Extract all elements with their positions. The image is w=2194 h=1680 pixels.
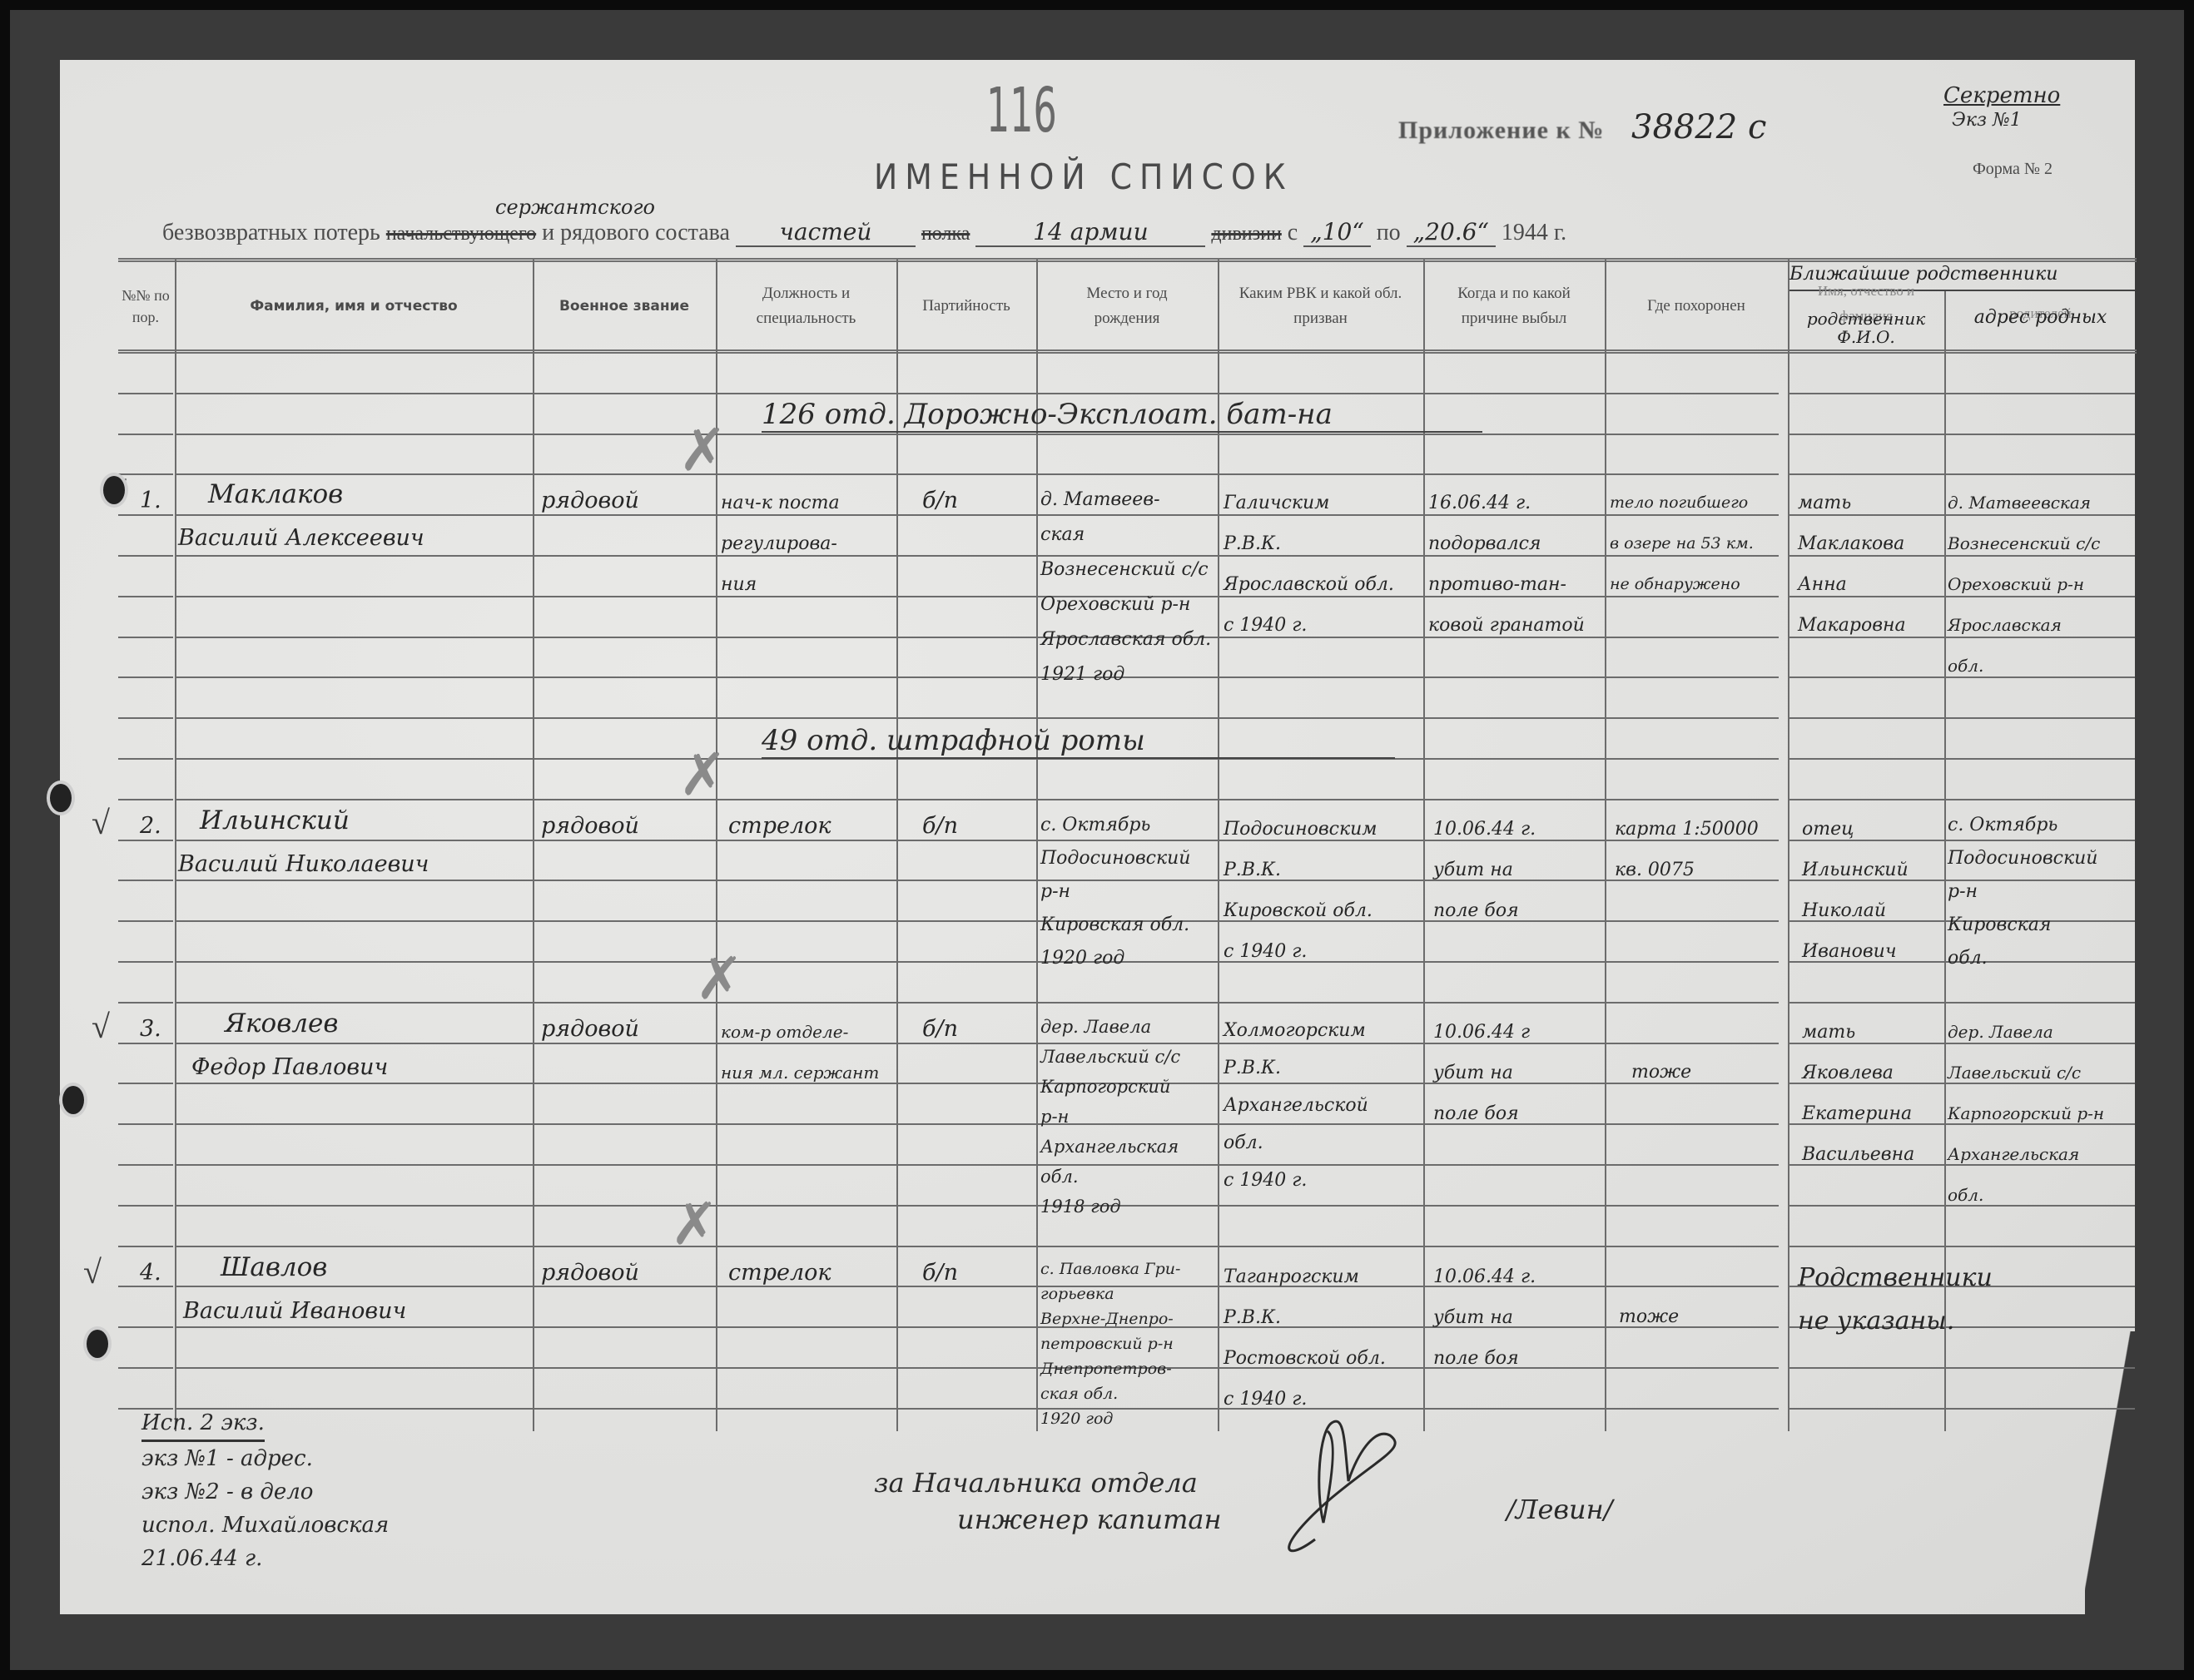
ruled-line — [176, 920, 1779, 922]
ruled-line — [1789, 393, 2135, 394]
column-rule — [1788, 260, 1789, 1431]
ruled-line — [118, 880, 173, 881]
ruled-line — [118, 1367, 173, 1369]
row-3-position: ком-р отделе- ния мл. сержант — [721, 1012, 879, 1093]
row-4-position: стрелок — [728, 1252, 831, 1293]
copies-count: Исп. 2 экз. — [141, 1406, 265, 1442]
year: 1944 — [1502, 220, 1548, 246]
ruled-line — [1789, 799, 2135, 800]
row-4-rvk: Таганрогским Р.В.К. Ростовской обл. с 19… — [1224, 1256, 1386, 1420]
row-1-relative: мать Маклакова Анна Макаровна — [1798, 483, 1906, 646]
from-date: „10“ — [1303, 218, 1370, 247]
ruled-line — [176, 1326, 1779, 1328]
ruled-line — [176, 1246, 1779, 1247]
form-number: Форма № 2 — [1973, 160, 2053, 179]
header-number: №№ по пор. — [118, 265, 173, 348]
copy-2-note: экз №2 - в дело — [141, 1475, 389, 1509]
column-rule — [1218, 260, 1219, 1431]
ruled-line — [118, 961, 173, 963]
row-1-position: нач-к поста регулирова- ния — [721, 483, 840, 605]
row-2-relative: отец Ильинский Николай Иванович — [1802, 809, 1909, 972]
header-position: Должность и специальность — [717, 265, 895, 348]
row-1-when-why: 16.06.44 г. подорвался противо-тан- ково… — [1428, 483, 1585, 646]
row-4-birth: с. Павловка Гри- горьевка Верхне-Днепро-… — [1040, 1256, 1180, 1431]
row-4-number: 4. — [140, 1252, 161, 1293]
to-label: по — [1377, 220, 1401, 246]
executor-date: 21.06.44 г. — [141, 1542, 389, 1575]
ruled-line — [176, 393, 1779, 394]
struck-word: начальствующего — [386, 223, 536, 245]
row-4-rank: рядовой — [541, 1252, 639, 1293]
subtitle-middle: и рядового состава — [542, 220, 730, 246]
struck-polka: полка — [921, 223, 970, 245]
row-1-birth: д. Матвеев- ская Вознесенский с/с Орехов… — [1040, 483, 1211, 692]
ruled-line — [1789, 434, 2135, 435]
row-3-given-names: Федор Павлович — [191, 1047, 388, 1088]
row-3-relative: мать Яковлева Екатерина Васильевна — [1802, 1012, 1914, 1175]
ruled-line — [118, 676, 173, 678]
row-3-rank: рядовой — [541, 1008, 639, 1049]
column-rule — [1036, 260, 1038, 1431]
column-rule — [533, 260, 534, 1431]
folded-corner — [2085, 1331, 2135, 1614]
ruled-line — [118, 1164, 173, 1166]
subtitle-line: безвозвратных потерь начальствующего и р… — [162, 218, 1566, 247]
column-rule — [175, 260, 176, 1431]
section-title-126: 126 отд. Дорожно-Эксплоат. бат-на — [762, 398, 1482, 433]
army-fill: 14 армии — [975, 218, 1205, 247]
signer-name: /Левин/ — [1507, 1494, 1613, 1525]
row-2-party: б/п — [922, 805, 958, 846]
check-mark-icon: √ — [92, 1007, 110, 1046]
header-relative-address: адрес родных — [1946, 291, 2135, 344]
ruled-line — [118, 637, 173, 638]
to-date: „20.6“ — [1407, 218, 1496, 247]
ruled-line — [176, 961, 1779, 963]
ruled-line — [118, 1002, 173, 1004]
row-2-buried: карта 1:50000 кв. 0075 — [1615, 809, 1759, 890]
ruled-line — [118, 799, 173, 800]
row-2-surname: Ильинский — [200, 800, 350, 841]
archive-pencil-number: 116 — [986, 75, 1057, 146]
ruled-line — [118, 717, 173, 719]
units-fill: частей — [736, 218, 916, 247]
row-3-birth: дер. Лавела Лавельский с/с Карпогорский … — [1040, 1012, 1180, 1222]
ruled-line — [118, 1326, 173, 1328]
ruled-line — [176, 1367, 1779, 1369]
column-rule — [1423, 260, 1425, 1431]
inserted-word: сержантского — [495, 196, 655, 219]
from-label: с — [1288, 220, 1298, 246]
ruled-line — [118, 434, 173, 435]
ruled-line — [176, 434, 1779, 435]
check-mark-icon: √ — [92, 803, 110, 842]
row-4-surname: Шавлов — [221, 1247, 327, 1288]
header-relative-name: родственник Ф.И.О. — [1789, 308, 1943, 348]
ruled-line — [176, 1408, 1779, 1410]
ruled-line — [176, 473, 1779, 475]
executor-name: испол. Михайловская — [141, 1509, 389, 1542]
ruled-line — [176, 1043, 1779, 1044]
row-1-buried: тело погибшего в озере на 53 км. не обна… — [1610, 483, 1754, 605]
ruled-line — [1789, 1002, 2135, 1004]
copy-number: Экз №1 — [1952, 110, 2022, 131]
ruled-line — [118, 758, 173, 760]
pencil-cross-icon: ✗ — [678, 741, 727, 809]
row-4-when-why: 10.06.44 г. убит на поле боя — [1433, 1256, 1536, 1379]
ruled-line — [1789, 758, 2135, 760]
ruled-line — [118, 1123, 173, 1125]
ruled-line — [176, 676, 1779, 678]
header-rvk: Каким РВК и какой обл. призван — [1219, 265, 1422, 348]
copy-1-note: экз №1 - адрес. — [141, 1442, 389, 1475]
year-suffix: г. — [1554, 220, 1566, 246]
ruled-line — [176, 1123, 1779, 1125]
signatory-title: за Начальника отдела — [874, 1464, 1222, 1501]
page-title: ИМЕННОЙ СПИСОК — [874, 156, 1293, 197]
row-2-rvk: Подосиновским Р.В.К. Кировской обл. с 19… — [1224, 809, 1377, 972]
row-1-given-names: Василий Алексеевич — [178, 518, 424, 558]
ruled-line — [118, 1205, 173, 1207]
ruled-line — [118, 596, 173, 597]
ruled-line — [176, 840, 1779, 841]
ruled-line — [176, 1164, 1779, 1166]
attachment-number: 38822 с — [1631, 108, 1766, 146]
pencil-cross-icon: ✗ — [695, 944, 744, 1013]
ruled-line — [1789, 1367, 2135, 1369]
signature-block: за Начальника отдела инженер капитан — [874, 1464, 1222, 1538]
pencil-cross-icon: ✗ — [678, 416, 727, 484]
header-when-why: Когда и по какой причине выбыл — [1425, 265, 1603, 348]
row-2-given-names: Василий Николаевич — [178, 844, 429, 885]
ruled-line — [176, 1286, 1779, 1287]
ruled-line — [118, 1246, 173, 1247]
header-birth: Место и год рождения — [1038, 265, 1216, 348]
classification-mark: Секретно — [1943, 83, 2060, 108]
row-3-address: дер. Лавела Лавельский с/с Карпогорский … — [1948, 1012, 2104, 1216]
row-3-buried: тоже — [1631, 1052, 1691, 1093]
ruled-line — [176, 717, 1779, 719]
row-1-address: д. Матвеевская Вознесенский с/с Ореховск… — [1948, 483, 2100, 686]
punch-hole — [50, 784, 72, 812]
row-3-surname: Яковлев — [225, 1004, 338, 1044]
struck-division: дивизии — [1211, 223, 1281, 245]
header-rank: Военное звание — [534, 265, 714, 348]
header-full-name: Фамилия, имя и отчество — [176, 265, 531, 348]
row-2-when-why: 10.06.44 г. убит на поле боя — [1433, 809, 1536, 931]
ruled-line — [118, 1083, 173, 1084]
signatory-rank: инженер капитан — [874, 1501, 1222, 1538]
row-4-buried: тоже — [1619, 1296, 1679, 1337]
header-buried: Где похоронен — [1606, 265, 1786, 348]
ruled-line — [176, 1083, 1779, 1084]
row-4-relative: Родственники не указаны. — [1798, 1256, 1993, 1343]
row-1-surname: Маклаков — [208, 474, 343, 515]
check-mark-icon: √ — [83, 1252, 102, 1291]
ruled-line — [176, 1002, 1779, 1004]
ruled-line — [176, 799, 1779, 800]
ruled-line — [1789, 1246, 2135, 1247]
row-3-party: б/п — [922, 1008, 958, 1049]
ruled-line — [1789, 1408, 2135, 1410]
ruled-line — [1789, 717, 2135, 719]
ruled-line — [176, 1205, 1779, 1207]
column-rule — [896, 260, 898, 1431]
pencil-cross-icon: ✗ — [670, 1190, 719, 1258]
section-title-49: 49 отд. штрафной роты — [762, 724, 1395, 759]
row-2-position: стрелок — [728, 805, 831, 846]
signature-scribble-icon — [1265, 1406, 1432, 1573]
row-2-birth: с. Октябрь Подосиновский р-н Кировская о… — [1040, 809, 1190, 975]
subtitle-prefix: безвозвратных потерь — [162, 220, 380, 246]
punch-hole — [87, 1330, 108, 1358]
punch-hole — [62, 1086, 84, 1114]
row-1-rvk: Галичским Р.В.К. Ярославской обл. с 1940… — [1224, 483, 1394, 646]
ruled-line — [118, 393, 173, 394]
header-party: Партийность — [898, 265, 1035, 348]
footer-distribution: Исп. 2 экз. экз №1 - адрес. экз №2 - в д… — [141, 1406, 389, 1575]
row-4-given-names: Василий Иванович — [183, 1291, 406, 1331]
row-3-number: 3. — [140, 1008, 161, 1049]
row-4-party: б/п — [922, 1252, 958, 1293]
header-bottom-rule — [118, 349, 2137, 354]
ruled-line — [118, 920, 173, 922]
row-2-number: 2. — [140, 805, 161, 846]
attachment-stamp: Приложение к № — [1398, 116, 1604, 145]
row-2-rank: рядовой — [541, 805, 639, 846]
column-rule — [1605, 260, 1606, 1431]
ruled-line — [1789, 473, 2135, 475]
row-2-address: с. Октябрь Подосиновский р-н Кировская о… — [1948, 809, 2097, 975]
row-1-number: 1. — [140, 480, 161, 521]
punch-hole — [103, 476, 125, 504]
row-1-party: б/п — [922, 480, 958, 521]
ruled-line — [118, 555, 173, 557]
row-1-rank: рядовой — [541, 480, 639, 521]
row-3-when-why: 10.06.44 г убит на поле боя — [1433, 1012, 1530, 1134]
row-3-rvk: Холмогорским Р.В.К. Архангельской обл. с… — [1224, 1012, 1368, 1199]
